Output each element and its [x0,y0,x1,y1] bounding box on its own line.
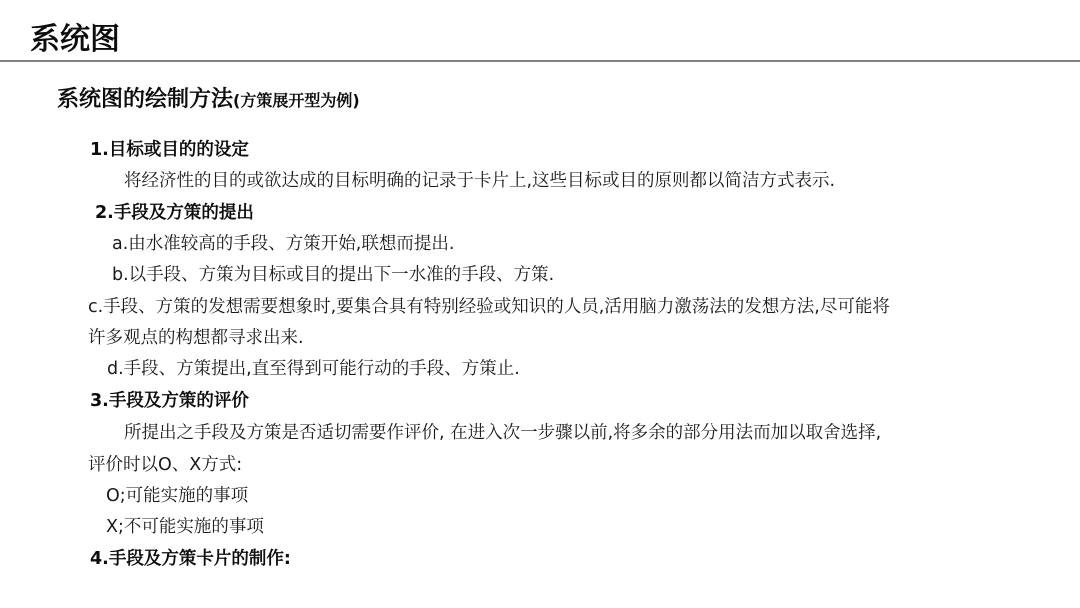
step-3-heading: 3.手段及方策的评价 [90,389,249,413]
step-2-item-a: a.由水准较高的手段、方策开始,联想而提出. [112,232,454,256]
evaluation-o-item: O;可能实施的事项 [106,484,248,508]
step-3-description-continued: 评价时以O、X方式: [88,453,242,477]
step-1-description: 将经济性的目的或欲达成的目标明确的记录于卡片上,这些目标或目的原则都以简洁方式表… [124,169,835,193]
title-divider [0,60,1080,62]
step-4-heading: 4.手段及方策卡片的制作: [90,547,291,571]
subtitle-parenthetical: (方策展开型为例) [233,91,360,110]
subtitle-main: 系统图的绘制方法 [57,87,233,112]
step-1-heading: 1.目标或目的的设定 [90,138,249,162]
step-2-item-c: c.手段、方策的发想需要想象时,要集合具有特别经验或知识的人员,活用脑力激荡法的… [88,295,890,319]
evaluation-x-item: X;不可能实施的事项 [106,515,264,539]
slide-title: 系统图 [30,20,120,60]
section-subtitle: 系统图的绘制方法(方策展开型为例) [57,84,360,117]
step-2-heading: 2.手段及方策的提出 [95,201,254,225]
step-2-item-b: b.以手段、方策为目标或目的提出下一水准的手段、方策. [112,263,554,287]
step-2-item-c-continued: 许多观点的构想都寻求出来. [88,326,304,350]
step-2-item-d: d.手段、方策提出,直至得到可能行动的手段、方策止. [107,357,520,381]
step-3-description: 所提出之手段及方策是否适切需要作评价, 在进入次一步骤以前,将多余的部分用法而加… [124,421,881,445]
